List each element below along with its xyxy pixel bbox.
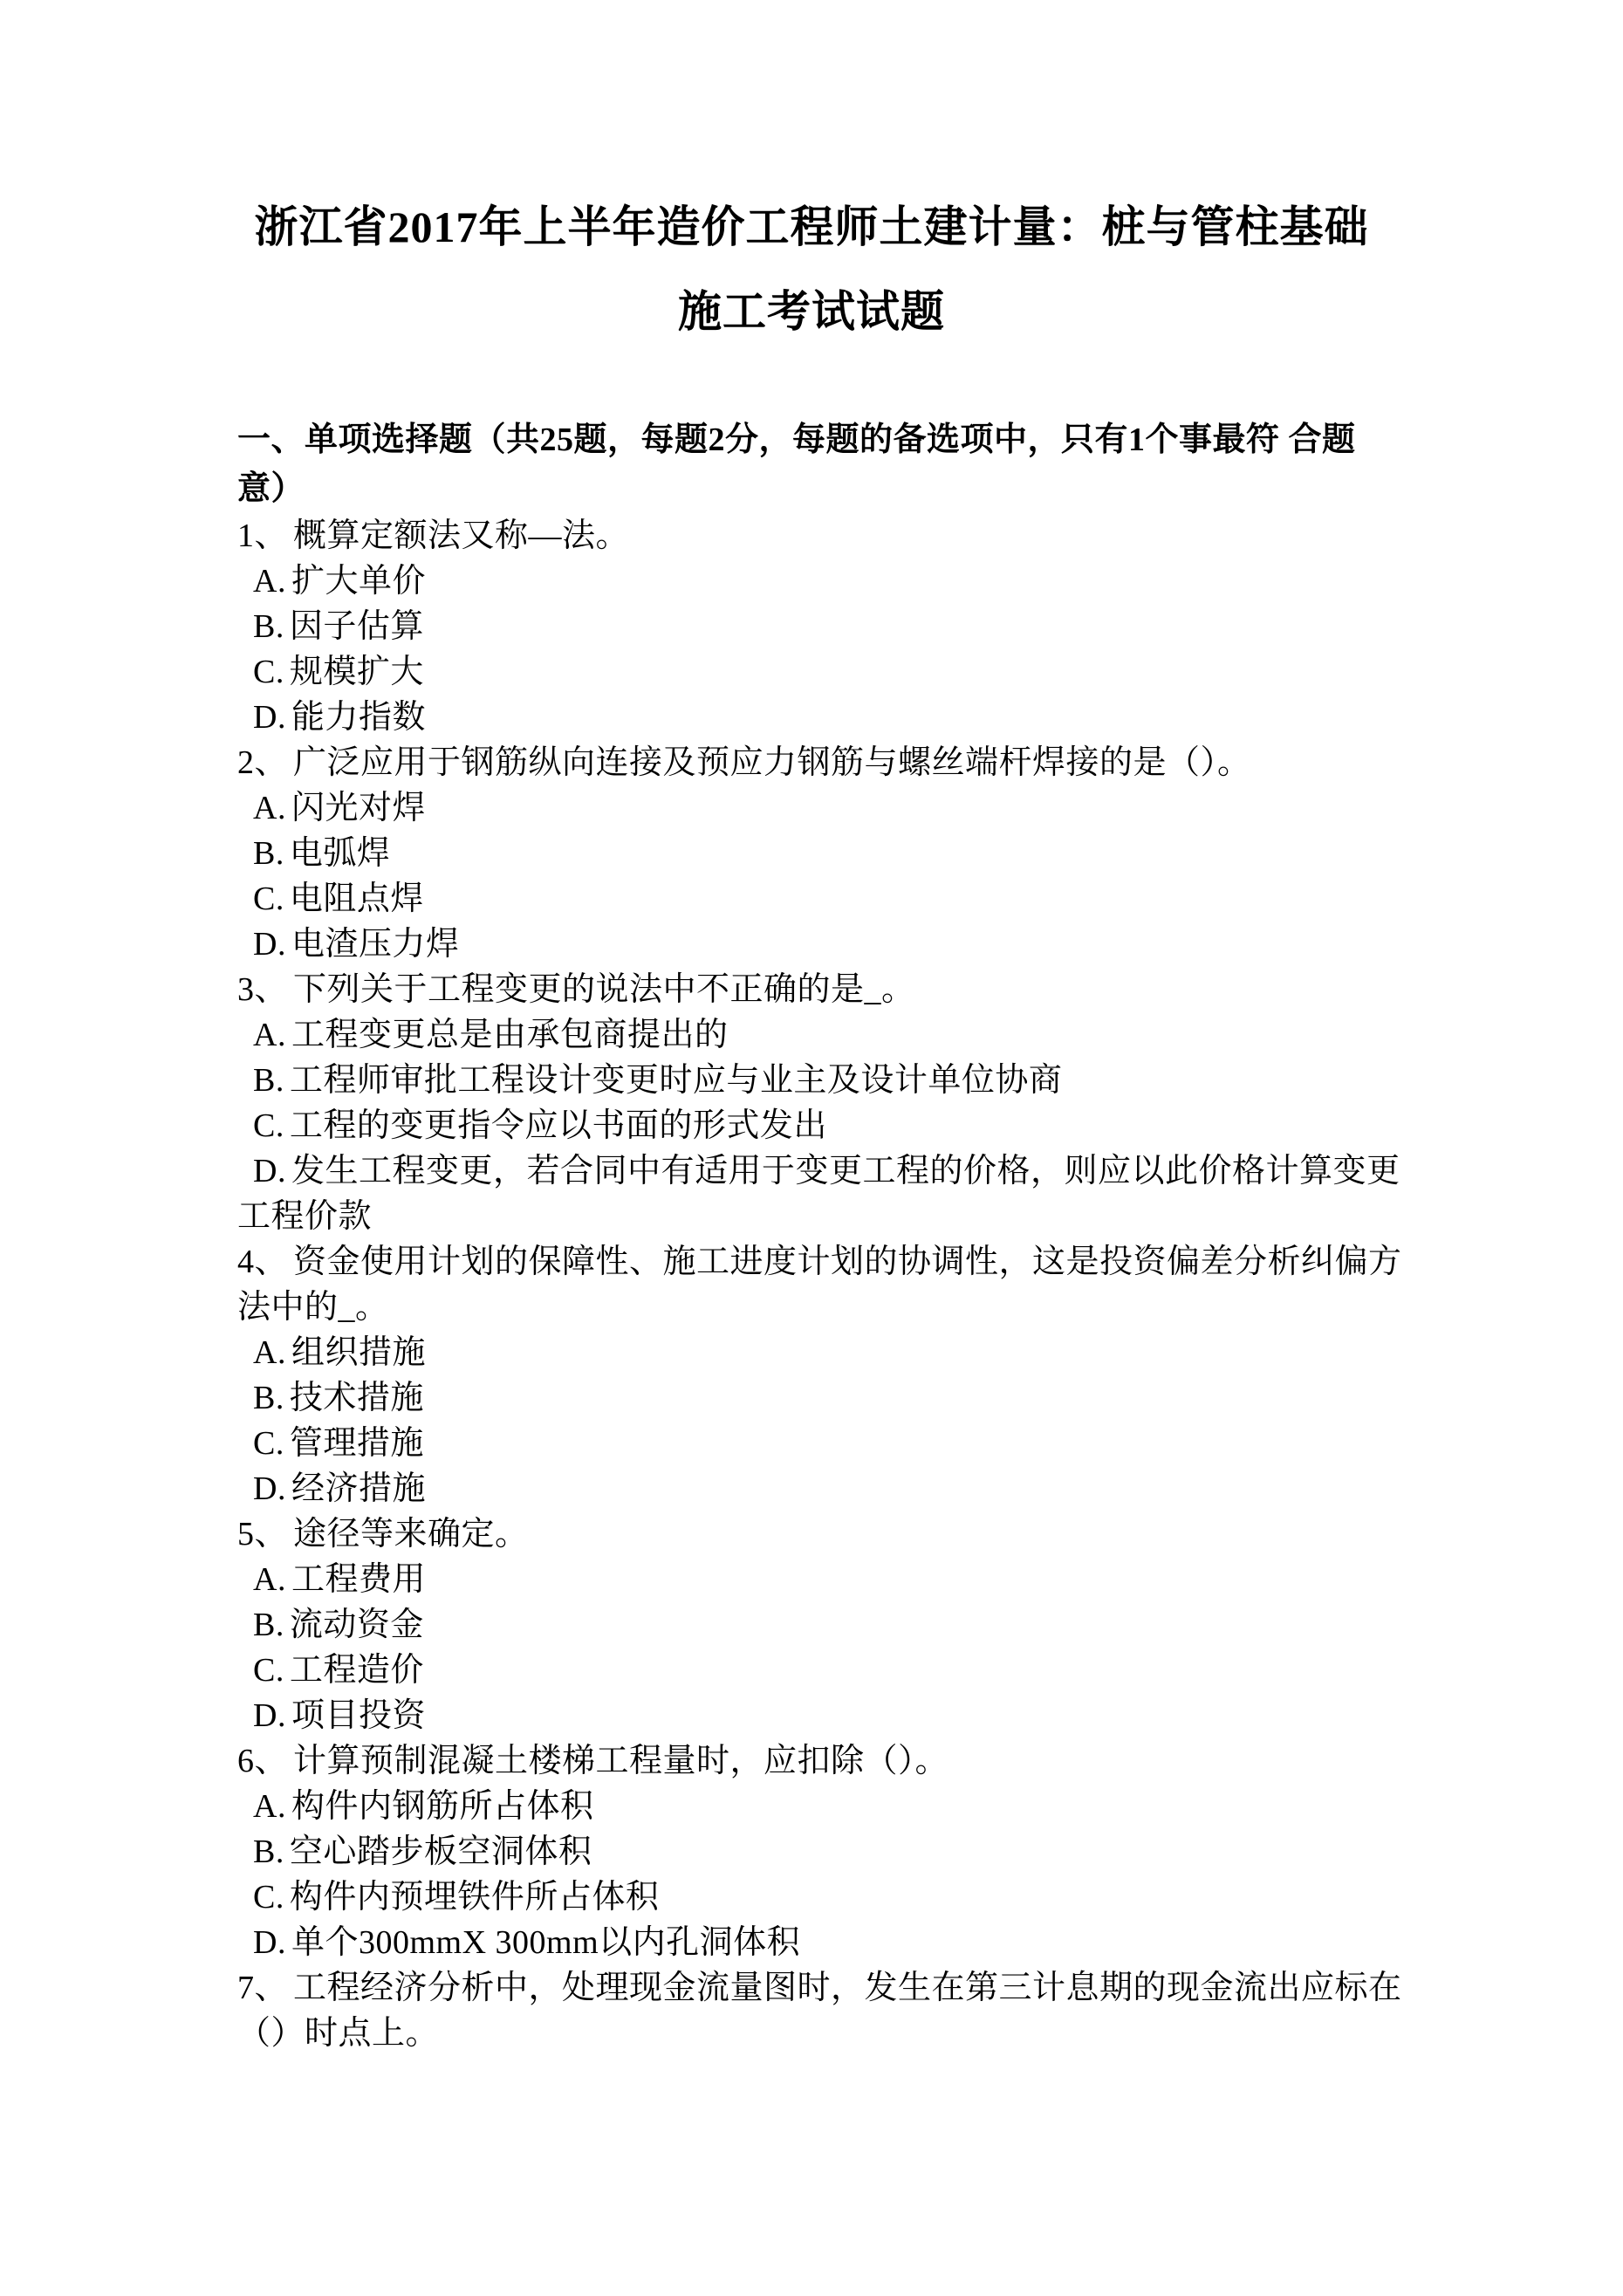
question-number: 7、	[237, 1970, 293, 2006]
option-label: C.	[253, 881, 290, 917]
option-label: D.	[253, 1697, 291, 1734]
option-text: 扩大单价	[291, 563, 426, 600]
option-text: 电渣压力焊	[291, 926, 460, 963]
option-label: D.	[253, 926, 291, 963]
question-number: 6、	[237, 1743, 293, 1779]
option-label: B.	[253, 1380, 290, 1416]
option-label: D.	[253, 1153, 291, 1189]
answer-option: D.电渣压力焊	[237, 922, 1407, 967]
option-text: 组织措施	[291, 1334, 426, 1371]
option-text: 工程变更总是由承包商提出的	[291, 1017, 729, 1053]
option-text: 工程造价	[290, 1652, 424, 1689]
document-title-line-2: 施工考试试题	[0, 270, 1623, 354]
option-text: 电阻点焊	[290, 881, 424, 917]
option-label: A.	[253, 1561, 291, 1598]
question-text: 计算预制混凝土楼梯工程量时，应扣除（）。	[293, 1743, 948, 1779]
question-text: 广泛应用于钢筋纵向连接及预应力钢筋与螺丝端杆焊接的是（）。	[293, 744, 1251, 781]
answer-option: B.工程师审批工程设计变更时应与业主及设计单位协商	[237, 1058, 1407, 1103]
answer-option: A.组织措施	[237, 1330, 1407, 1375]
document-title: 浙江省2017年上半年造价工程师土建计量：桩与管柱基础 施工考试试题	[0, 0, 1623, 354]
option-label: A.	[253, 790, 291, 826]
answer-option: B.流动资金	[237, 1602, 1407, 1648]
option-text: 管理措施	[290, 1425, 424, 1462]
question-text: 下列关于工程变更的说法中不正确的是_。	[293, 971, 915, 1008]
option-text: 规模扩大	[290, 654, 424, 690]
option-text: 工程的变更指令应以书面的形式发出	[290, 1107, 827, 1144]
option-label: A.	[253, 1788, 291, 1825]
question-number: 3、	[237, 971, 293, 1008]
option-text: 构件内钢筋所占体积	[291, 1788, 594, 1825]
question: 3、下列关于工程变更的说法中不正确的是_。A.工程变更总是由承包商提出的B.工程…	[237, 967, 1407, 1239]
option-text: 项目投资	[291, 1697, 426, 1734]
document-title-line-1: 浙江省2017年上半年造价工程师土建计量：桩与管柱基础	[0, 185, 1623, 270]
answer-option: D.能力指数	[237, 695, 1407, 740]
option-text: 闪光对焊	[291, 790, 426, 826]
option-text: 因子估算	[290, 608, 424, 645]
option-label: C.	[253, 1107, 290, 1144]
question-text: 工程经济分析中，处理现金流量图时，发生在第三计息期的现金流出应标在（）时点上。	[237, 1970, 1402, 2052]
option-label: B.	[253, 1833, 290, 1870]
answer-option: B.因子估算	[237, 604, 1407, 649]
answer-option: A.工程费用	[237, 1557, 1407, 1602]
question: 4、资金使用计划的保障性、施工进度计划的协调性，这是投资偏差分析纠偏方法中的_。…	[237, 1239, 1407, 1511]
option-label: C.	[253, 1425, 290, 1462]
option-label: B.	[253, 1607, 290, 1643]
question-stem: 7、工程经济分析中，处理现金流量图时，发生在第三计息期的现金流出应标在（）时点上…	[237, 1965, 1407, 2056]
option-label: D.	[253, 699, 291, 736]
option-label: D.	[253, 1470, 291, 1507]
answer-option: B.技术措施	[237, 1375, 1407, 1421]
option-label: B.	[253, 835, 290, 872]
question-text: 概算定额法又称—法。	[293, 517, 629, 554]
answer-option: C.管理措施	[237, 1421, 1407, 1466]
option-text: 发生工程变更，若合同中有适用于变更工程的价格，则应以此价格计算变更工程价款	[237, 1153, 1400, 1235]
question-number: 2、	[237, 744, 293, 781]
option-text: 电弧焊	[290, 835, 391, 872]
answer-option: B.电弧焊	[237, 831, 1407, 876]
answer-option: D.经济措施	[237, 1466, 1407, 1511]
question: 7、工程经济分析中，处理现金流量图时，发生在第三计息期的现金流出应标在（）时点上…	[237, 1965, 1407, 2056]
option-label: B.	[253, 1062, 290, 1099]
section-header: 一、单项选择题（共25题，每题2分，每题的备选项中，只有1个事最符 合题意）	[237, 415, 1389, 513]
answer-option: D.发生工程变更，若合同中有适用于变更工程的价格，则应以此价格计算变更工程价款	[237, 1148, 1407, 1239]
question-number: 5、	[237, 1516, 293, 1552]
question-text: 途径等来确定。	[293, 1516, 529, 1552]
option-text: 工程费用	[291, 1561, 426, 1598]
option-label: C.	[253, 1652, 290, 1689]
question-stem: 4、资金使用计划的保障性、施工进度计划的协调性，这是投资偏差分析纠偏方法中的_。	[237, 1239, 1407, 1330]
question-stem: 1、概算定额法又称—法。	[237, 513, 1407, 559]
answer-option: A.扩大单价	[237, 559, 1407, 604]
option-text: 能力指数	[291, 699, 426, 736]
option-text: 空心踏步板空洞体积	[290, 1833, 592, 1870]
answer-option: C.构件内预埋铁件所占体积	[237, 1874, 1407, 1920]
option-label: A.	[253, 1017, 291, 1053]
option-text: 流动资金	[290, 1607, 424, 1643]
option-label: C.	[253, 1879, 290, 1916]
option-label: B.	[253, 608, 290, 645]
option-label: C.	[253, 654, 290, 690]
question-text: 资金使用计划的保障性、施工进度计划的协调性，这是投资偏差分析纠偏方法中的_。	[237, 1244, 1402, 1326]
question-stem: 2、广泛应用于钢筋纵向连接及预应力钢筋与螺丝端杆焊接的是（）。	[237, 740, 1407, 785]
answer-option: A.构件内钢筋所占体积	[237, 1784, 1407, 1829]
option-text: 技术措施	[290, 1380, 424, 1416]
answer-option: A.闪光对焊	[237, 785, 1407, 831]
answer-option: B.空心踏步板空洞体积	[237, 1829, 1407, 1874]
option-label: D.	[253, 1924, 291, 1961]
option-label: A.	[253, 563, 291, 600]
question: 6、计算预制混凝土楼梯工程量时，应扣除（）。A.构件内钢筋所占体积B.空心踏步板…	[237, 1738, 1407, 1965]
question-number: 4、	[237, 1244, 293, 1280]
question: 5、途径等来确定。A.工程费用B.流动资金C.工程造价D.项目投资	[237, 1511, 1407, 1738]
answer-option: D.单个300mmX 300mm以内孔洞体积	[237, 1920, 1407, 1965]
answer-option: D.项目投资	[237, 1693, 1407, 1738]
answer-option: C.工程的变更指令应以书面的形式发出	[237, 1103, 1407, 1148]
option-text: 单个300mmX 300mm以内孔洞体积	[291, 1924, 800, 1961]
question-list: 1、概算定额法又称—法。A.扩大单价B.因子估算C.规模扩大D.能力指数2、广泛…	[237, 513, 1407, 2056]
answer-option: C.电阻点焊	[237, 876, 1407, 922]
question-stem: 3、下列关于工程变更的说法中不正确的是_。	[237, 967, 1407, 1012]
answer-option: C.工程造价	[237, 1648, 1407, 1693]
answer-option: C.规模扩大	[237, 649, 1407, 695]
option-text: 构件内预埋铁件所占体积	[290, 1879, 660, 1916]
question-stem: 5、途径等来确定。	[237, 1511, 1407, 1557]
question: 2、广泛应用于钢筋纵向连接及预应力钢筋与螺丝端杆焊接的是（）。A.闪光对焊B.电…	[237, 740, 1407, 967]
answer-option: A.工程变更总是由承包商提出的	[237, 1012, 1407, 1058]
question-number: 1、	[237, 517, 293, 554]
question: 1、概算定额法又称—法。A.扩大单价B.因子估算C.规模扩大D.能力指数	[237, 513, 1407, 740]
exam-document-page: 浙江省2017年上半年造价工程师土建计量：桩与管柱基础 施工考试试题 一、单项选…	[0, 0, 1623, 2296]
option-text: 经济措施	[291, 1470, 426, 1507]
option-label: A.	[253, 1334, 291, 1371]
option-text: 工程师审批工程设计变更时应与业主及设计单位协商	[290, 1062, 1063, 1099]
question-stem: 6、计算预制混凝土楼梯工程量时，应扣除（）。	[237, 1738, 1407, 1784]
